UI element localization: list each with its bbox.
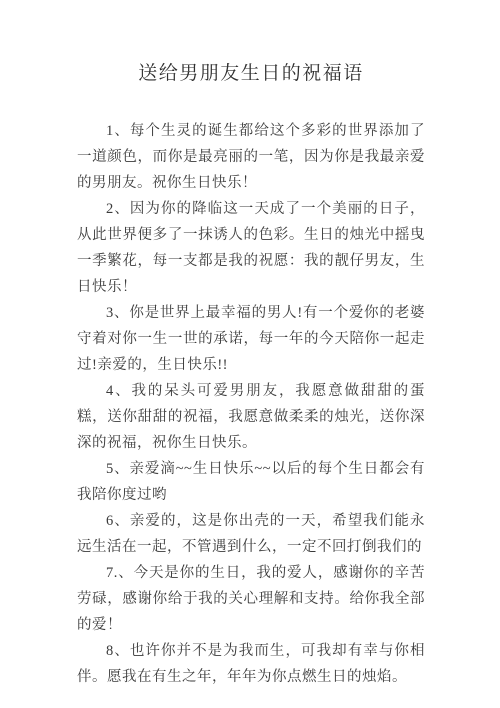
paragraph-8: 8、也许你并不是为我而生，可我却有幸与你相伴。愿我在有生之年，年年为你点燃生日的… [77, 638, 425, 690]
paragraph-7: 7.、今天是你的生日，我的爱人，感谢你的辛苦劳碌，感谢你给于我的关心理解和支持。… [77, 560, 425, 638]
document-body: 1、每个生灵的诞生都给这个多彩的世界添加了一道颜色，而你是最亮丽的一笔，因为你是… [77, 118, 425, 690]
paragraph-1: 1、每个生灵的诞生都给这个多彩的世界添加了一道颜色，而你是最亮丽的一笔，因为你是… [77, 118, 425, 196]
paragraph-2: 2、因为你的降临这一天成了一个美丽的日子，从此世界便多了一抹诱人的色彩。生日的烛… [77, 196, 425, 300]
paragraph-5: 5、亲爱滴~~生日快乐~~以后的每个生日都会有我陪你度过哟 [77, 456, 425, 508]
paragraph-4: 4、我的呆头可爱男朋友，我愿意做甜甜的蛋糕，送你甜甜的祝福，我愿意做柔柔的烛光，… [77, 378, 425, 456]
document-title: 送给男朋友生日的祝福语 [77, 58, 425, 85]
document-page: 送给男朋友生日的祝福语 1、每个生灵的诞生都给这个多彩的世界添加了一道颜色，而你… [0, 0, 500, 708]
paragraph-6: 6、亲爱的，这是你出壳的一天，希望我们能永远生活在一起，不管遇到什么，一定不回打… [77, 508, 425, 560]
paragraph-3: 3、你是世界上最幸福的男人!有一个爱你的老婆守着对你一生一世的承诺，每一年的今天… [77, 300, 425, 378]
